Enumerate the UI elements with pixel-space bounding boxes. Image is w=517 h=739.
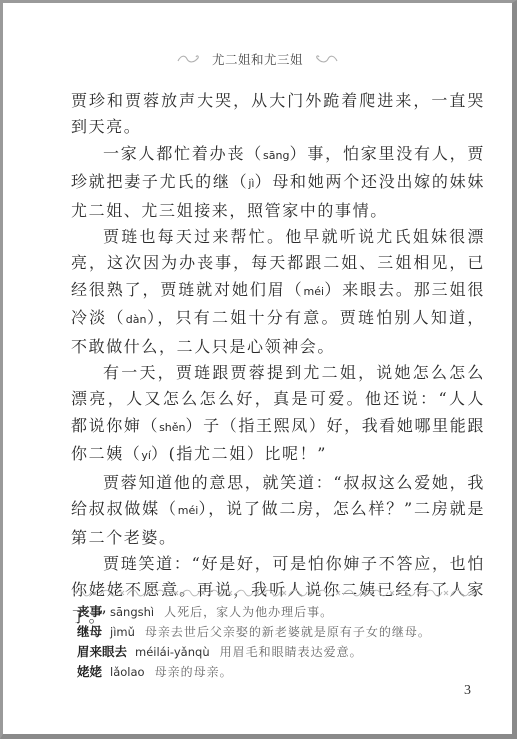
glossary-definition: 母亲去世后父亲娶的新老婆就是原有子女的继母。 — [145, 625, 431, 639]
paragraph-5: 贾蓉知道他的意思，就笑道：“叔叔这么爱她，我给叔叔做媒（méi），说了做二房，怎… — [71, 470, 485, 551]
glossary-term: 眉来眼去 — [77, 644, 127, 659]
pinyin-annotation: méi — [178, 504, 199, 517]
chapter-title: 尤二姐和尤三姐 — [212, 50, 303, 68]
paragraph-3: 贾琏也每天过来帮忙。他早就听说尤氏姐妹很漂亮，这次因为办丧事，每天都跟二姐、三姐… — [71, 224, 485, 360]
paragraph-text: 贾珍和贾蓉放声大哭，从大门外跪着爬进来，一直哭到天亮。 — [71, 91, 485, 136]
chapter-header: 尤二姐和尤三姐 — [3, 50, 512, 68]
ornamental-divider-icon — [73, 588, 478, 598]
paragraph-text: ）(指尤二姐）比呢！” — [151, 444, 327, 463]
glossary-item: 眉来眼去méilái-yǎnqù用眉毛和眼睛表达爱意。 — [77, 642, 487, 662]
swirl-ornament-left-icon — [176, 54, 202, 64]
glossary-item: 继母jìmǔ母亲去世后父亲娶的新老婆就是原有子女的继母。 — [77, 622, 487, 642]
glossary-term: 继母 — [77, 624, 102, 639]
glossary-term: 姥姥 — [77, 664, 102, 679]
book-page: 尤二姐和尤三姐 贾珍和贾蓉放声大哭，从大门外跪着爬进来，一直哭到天亮。 一家人都… — [0, 0, 517, 739]
paragraph-text: 一家人都忙着办丧（ — [103, 144, 263, 163]
glossary-pinyin: jìmǔ — [110, 625, 135, 639]
swirl-ornament-right-icon — [313, 54, 339, 64]
glossary-pinyin: méilái-yǎnqù — [135, 645, 210, 659]
glossary-notes: 丧事sāngshì人死后，家人为他办理后事。 继母jìmǔ母亲去世后父亲娶的新老… — [77, 602, 487, 682]
paragraph-4: 有一天，贾琏跟贾蓉提到尤二姐，说她怎么怎么漂亮，人又怎么怎么好，真是可爱。他还说… — [71, 360, 485, 470]
pinyin-annotation: sāng — [263, 149, 289, 162]
glossary-definition: 用眉毛和眼睛表达爱意。 — [220, 645, 363, 659]
glossary-pinyin: sāngshì — [110, 605, 154, 619]
glossary-definition: 人死后，家人为他办理后事。 — [164, 605, 333, 619]
paragraph-1: 贾珍和贾蓉放声大哭，从大门外跪着爬进来，一直哭到天亮。 — [71, 88, 485, 141]
paragraph-2: 一家人都忙着办丧（sāng）事，怕家里没有人，贾珍就把妻子尤氏的继（jì）母和她… — [71, 141, 485, 224]
story-body: 贾珍和贾蓉放声大哭，从大门外跪着爬进来，一直哭到天亮。 一家人都忙着办丧（sān… — [71, 88, 485, 630]
pinyin-annotation: shěn — [159, 421, 185, 434]
glossary-pinyin: lǎolao — [110, 665, 145, 679]
pinyin-annotation: méi — [303, 285, 324, 298]
pinyin-annotation: yí — [141, 449, 151, 462]
pinyin-annotation: dàn — [126, 313, 147, 326]
page-number: 3 — [464, 683, 471, 699]
glossary-item: 丧事sāngshì人死后，家人为他办理后事。 — [77, 602, 487, 622]
glossary-term: 丧事 — [77, 604, 102, 619]
glossary-item: 姥姥lǎolao母亲的母亲。 — [77, 662, 487, 682]
glossary-definition: 母亲的母亲。 — [155, 665, 233, 679]
